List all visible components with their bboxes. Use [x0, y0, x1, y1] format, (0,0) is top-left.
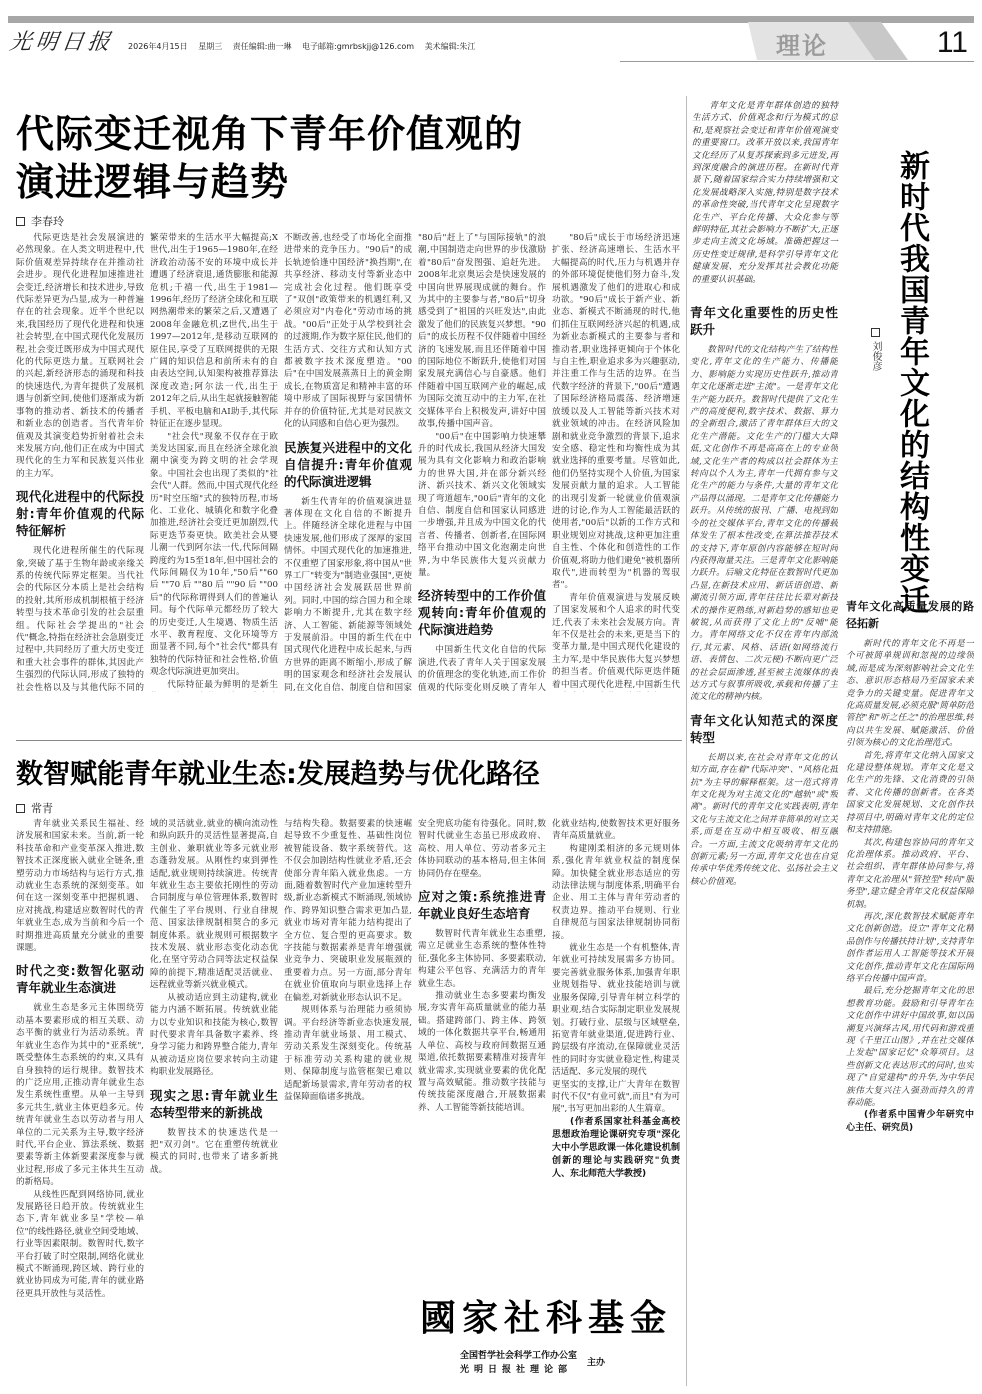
- article1-paragraph: 代际特征最为鲜明的是新生代人群,即改革开放以后出生的"80后""90后"和"00…: [150, 679, 278, 692]
- article1-paragraph: 不断改善,也经受了市场化全面推进带来的竞争压力。"90后"的成长轨迹恰逢中国经济…: [284, 232, 412, 431]
- article2-paragraph: 化就业结构,使数智技术更好服务青年高质量就业。: [552, 818, 680, 843]
- article2-paragraph: 构建刚柔相济的多元规则体系,强化青年就业权益的制度保障。加快健全就业形态适应的劳…: [552, 843, 680, 942]
- article2-author-note: (作者系国家社科基金高校思想政治理论课研究专项"深化大中小学思政课一体化建设机制…: [552, 1116, 680, 1181]
- article2-paragraph: 数智技术的快速迭代是一把"双刃剑"。它在重塑传统就业模式的同时,也带来了诸多新挑…: [150, 1127, 278, 1177]
- article1-author: 李春玲: [31, 213, 64, 229]
- article3-subhead-2: 青年文化高质量发展的路径拓新: [846, 598, 974, 632]
- article3-author-note: (作者系中国青少年研究中心主任、研究员): [846, 1109, 974, 1135]
- article2-column-2: 域的灵活就业,就业的横向流动性和纵向跃升的灵活性显著提高,自主创业、兼职就业等多…: [150, 818, 278, 1388]
- organizer-lines: 全国哲学社会科学工作办公室 光明日报社理论部: [460, 1349, 577, 1377]
- article2-column-5: 化就业结构,使数智技术更好服务青年高质量就业。 构建刚柔相济的多元规则体系,强化…: [552, 818, 680, 1288]
- byline-box-icon: [16, 217, 25, 226]
- article1-column-2: 繁荣带来的生活水平大幅提高;X世代,出生于1965—1980年,在经济政治动荡不…: [150, 232, 278, 692]
- article2-paragraph: 从被动适应到主动建构,就业能力内涵不断拓展。传统就业能力以专业知识和技能为核心,…: [150, 992, 278, 1079]
- article1-column-3: 不断改善,也经受了市场化全面推进带来的竞争压力。"90后"的成长轨迹恰逢中国经济…: [284, 232, 412, 692]
- section-tab: 理论: [748, 22, 928, 60]
- article1-byline: 李春玲: [16, 213, 64, 229]
- article2-column-3: 与结构失稳。数据要素的快速崛起导致不少重复性、基础性岗位被智能设备、数字系统替代…: [284, 818, 412, 1388]
- article2-subhead-1: 时代之变:数智化驱动青年就业生态演进: [16, 962, 144, 996]
- article1-subhead-3: 经济转型中的工作价值观转向:青年价值观的代际演进趋势: [418, 587, 546, 638]
- article2-paragraph: 就业生态是多元主体围绕劳动基本要素形成的相互关联、动态平衡的就业行为活动系统。青…: [16, 1002, 144, 1188]
- masthead: 光明日报 2026年4月15日 星期三 责任编辑:曲一琳 电子邮箱:gmrbsk…: [10, 26, 483, 56]
- article3-paragraph: 新时代的青年文化不再是一个可被简单规训和忽视的边缘领域,而是成为深刻影响社会文化…: [846, 638, 974, 750]
- article1-column-1: 代际更迭是社会发展演进的必然现象。在人类文明进程中,代际价值观差异持续存在并推动…: [16, 232, 144, 692]
- article2-paragraph: 青年就业关系民生福祉、经济发展和国家未来。当前,新一轮科技革命和产业变革深入推进…: [16, 818, 144, 954]
- article3-paragraph: 首先,将青年文化纳入国家文化建设整体规划。青年文化是文化生产的先锋、文化消费的引…: [846, 750, 974, 837]
- article1-paragraph: 现代化进程所催生的代际现象,突破了基于生物年龄或亲缘关系的传统代际界定框架。当代…: [16, 545, 144, 692]
- article2-headline: 数智赋能青年就业生态:发展趋势与优化路径: [16, 758, 576, 792]
- article2-paragraph: 域的灵活就业,就业的横向流动性和纵向跃升的灵活性显著提高,自主创业、兼职就业等多…: [150, 818, 278, 992]
- organizer-1: 全国哲学社会科学工作办公室: [460, 1349, 577, 1363]
- article1-column-5: "80后"成长于市场经济迅速扩张、经济高速增长、生活水平大幅提高的时代,压力与机…: [552, 232, 680, 692]
- article3-paragraph: 长期以来,在社会对青年文化的认知方面,存在着"代际冲突"、"风格化抵抗"为主导的…: [690, 752, 838, 888]
- article3-paragraph: 数智时代的文化结构产生了结构性变化,青年文化的生产能力、传播能力、影响能力实现历…: [690, 344, 838, 704]
- article2-subhead-2: 现实之思:青年就业生态转型带来的新挑战: [150, 1087, 278, 1121]
- issue-weekday: 星期三: [198, 42, 222, 51]
- fund-organizers: 全国哲学社会科学工作办公室 光明日报社理论部 主办: [420, 1349, 700, 1377]
- column-divider: [686, 96, 687, 1386]
- fund-title: 國家社科基金: [420, 1290, 700, 1341]
- article2-paragraph: 规则体系与治理能力亟须协调。平台经济等新业态快速发展,推动青年就业场景、用工模式…: [284, 1004, 412, 1103]
- article1-subhead-2: 民族复兴进程中的文化自信提升:青年价值观的代际演进逻辑: [284, 439, 412, 490]
- article1-intro: 代际更迭是社会发展演进的必然现象。在人类文明进程中,代际价值观差异持续存在并推动…: [16, 232, 144, 480]
- article2-column-1: 青年就业关系民生福祉、经济发展和国家未来。当前,新一轮科技革命和产业变革深入推进…: [16, 818, 144, 1388]
- organizer-2: 光明日报社理论部: [460, 1363, 577, 1377]
- article2-author: 常青: [31, 800, 53, 816]
- article2-paragraph: 推动就业生态多要素均衡发展,夯实青年高质量就业的能力基础。搭建跨部门、跨主体、跨…: [418, 990, 546, 1114]
- article1-headline: 代际变迁视角下青年价值观的 演进逻辑与趋势: [16, 110, 556, 206]
- article2-paragraph: 从线性匹配到网络协同,就业发展路径日趋开放。传统就业生态下,青年就业多呈"学校—…: [16, 1189, 144, 1301]
- article3-headline: 新时代我国青年文化的结构性变迁: [893, 150, 929, 615]
- article2-paragraph: 安全兜底功能有待强化。同时,数智时代就业生态虽已形成政府、高校、用人单位、劳动者…: [418, 818, 546, 880]
- responsible-editor: 责任编辑:曲一琳: [233, 42, 292, 51]
- article3-byline: 刘俊彦: [868, 328, 883, 371]
- article3-column-1: 青年文化重要性的历史性跃升 数智时代的文化结构产生了结构性变化,青年文化的生产能…: [690, 296, 838, 1381]
- article1-column-4: "80后"赶上了"与国际接轨"的浪潮,中国制造走向世界的步伐激励着"80后"奋发…: [418, 232, 546, 692]
- article2-paragraph: 数智时代青年就业生态重塑,需立足就业生态系统的整体性特征,强化多主体协同、多要素…: [418, 928, 546, 990]
- article1-title-line2: 演进逻辑与趋势: [16, 158, 556, 206]
- article-divider: [16, 740, 682, 741]
- article1-subhead-1: 现代化进程中的代际投射:青年价值观的代际特征解析: [16, 488, 144, 539]
- article2-byline: 常青: [16, 800, 53, 816]
- newspaper-logo: 光明日报: [8, 25, 116, 56]
- article1-paragraph: 中国新生代文化自信的代际演进,代表了青年人关于国家发展的价值理念的变化轨迹,而工…: [418, 644, 546, 692]
- article1-paragraph: "80后"成长于市场经济迅速扩张、经济高速增长、生活水平大幅提高的时代,压力与机…: [552, 232, 680, 592]
- article2-paragraph: 更坚实的支撑,让广大青年在数智时代不仅"有业可就",而且"有为可展",书写更加出…: [552, 1079, 680, 1116]
- article3-subhead-1: 青年文化重要性的历史性跃升: [690, 304, 838, 338]
- article3-intro: 青年文化是青年群体创造的独特生活方式、价值观念和行为模式的总和,是观察社会变迁和…: [692, 100, 838, 286]
- article3-author: 刘俊彦: [868, 341, 883, 371]
- article1-paragraph: "00后"在中国影响力快速攀升的时代成长,我国从经济大国发展为具有文化影响力和政…: [418, 431, 546, 580]
- article1-paragraph: "社会代"现象不仅存在于欧美发达国家,而且在经济全球化浪潮中演变为跨文明的社会学…: [150, 431, 278, 679]
- page-number: 11: [937, 26, 968, 60]
- article3-subhead-3: 青年文化认知范式的深度转型: [690, 712, 838, 746]
- article2-paragraph: 就业生态是一个有机整体,青年就业可持续发展需多方协同。要完善就业服务体系,加强青…: [552, 942, 680, 1078]
- byline-box-icon: [16, 804, 25, 813]
- article1-title-line1: 代际变迁视角下青年价值观的: [16, 110, 556, 158]
- section-label: 理论: [776, 26, 828, 61]
- article3-column-2: 青年文化高质量发展的路径拓新 新时代的青年文化不再是一个可被简单规训和忽视的边缘…: [846, 590, 974, 1385]
- byline-box-icon: [871, 328, 880, 337]
- issue-meta: 2026年4月15日 星期三 责任编辑:曲一琳 电子邮箱:gmrbskjj@12…: [128, 41, 483, 56]
- article2-column-4: 安全兜底功能有待强化。同时,数智时代就业生态虽已形成政府、高校、用人单位、劳动者…: [418, 818, 546, 1288]
- article2-subhead-3: 应对之策:系统推进青年就业良好生态培育: [418, 888, 546, 922]
- article1-paragraph: 新生代青年的价值观演进显著体现在文化自信的不断提升上。伴随经济全球化进程与中国快…: [284, 496, 412, 693]
- article3-paragraph: 再次,深化数智技术赋能青年文化创新创造。设立"青年文化精品创作与传播扶持计划",…: [846, 911, 974, 985]
- article3-paragraph: 最后,充分挖掘青年文化的思想教育功能。鼓励和引导青年在文化创作中讲好中国故事,如…: [846, 985, 974, 1109]
- editor-email[interactable]: 电子邮箱:gmrbskjj@126.com: [302, 42, 414, 51]
- article1-paragraph: "80后"赶上了"与国际接轨"的浪潮,中国制造走向世界的步伐激励着"80后"奋发…: [418, 232, 546, 431]
- fund-banner: 國家社科基金 全国哲学社会科学工作办公室 光明日报社理论部 主办: [420, 1290, 700, 1377]
- header-rule: [620, 61, 974, 62]
- article1-paragraph: 繁荣带来的生活水平大幅提高;X世代,出生于1965—1980年,在经济政治动荡不…: [150, 232, 278, 431]
- article3-paragraph: 其次,构建包容协同的青年文化治理体系。推动政府、平台、社会组织、青年群体协同参与…: [846, 837, 974, 911]
- article1-paragraph: 青年价值观演进与发展反映了国家发展和个人追求的时代变迁,代表了未来社会发展方向。…: [552, 592, 680, 692]
- host-label: 主办: [587, 1356, 605, 1370]
- art-editor: 美术编辑:朱江: [425, 42, 476, 51]
- article3-intro-text: 青年文化是青年群体创造的独特生活方式、价值观念和行为模式的总和,是观察社会变迁和…: [692, 100, 838, 286]
- issue-date: 2026年4月15日: [128, 42, 188, 51]
- article2-paragraph: 与结构失稳。数据要素的快速崛起导致不少重复性、基础性岗位被智能设备、数字系统替代…: [284, 818, 412, 1004]
